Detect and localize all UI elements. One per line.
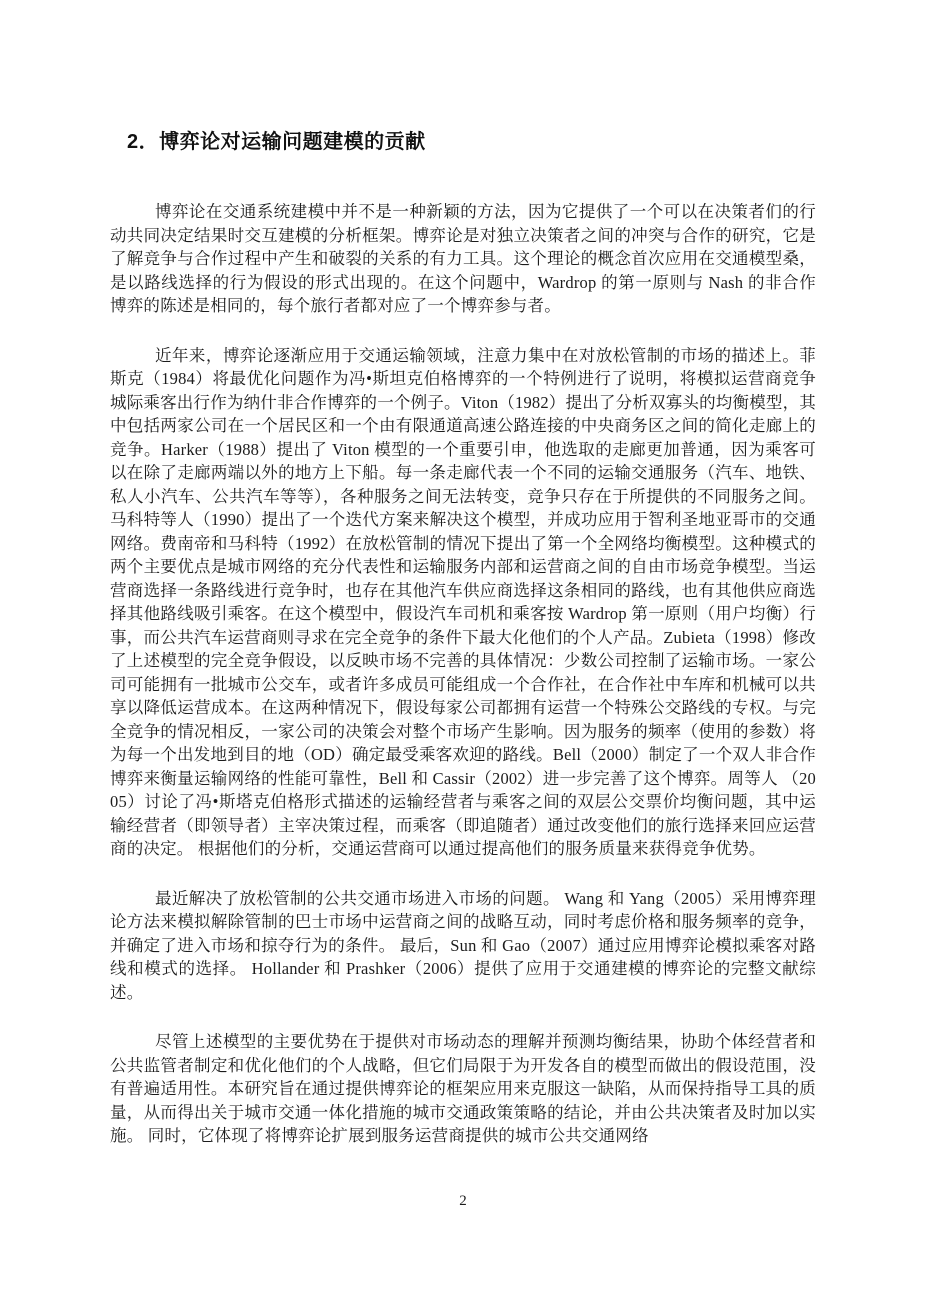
page-number: 2: [459, 1193, 467, 1209]
paragraph-research-motivation: 尽管上述模型的主要优势在于提供对市场动态的理解并预测均衡结果，协助个体经营者和公…: [110, 1030, 816, 1148]
page-footer: 2: [0, 1192, 926, 1210]
paragraph-literature-deregulated-markets: 近年来，博弈论逐渐应用于交通运输领域，注意力集中在对放松管制的市场的描述上。菲斯…: [110, 344, 816, 861]
document-page: 2．博弈论对运输问题建模的贡献 博弈论在交通系统建模中并不是一种新颖的方法，因为…: [0, 0, 926, 1309]
paragraph-intro-game-theory: 博弈论在交通系统建模中并不是一种新颖的方法，因为它提供了一个可以在决策者们的行动…: [110, 200, 816, 318]
page-content: 2．博弈论对运输问题建模的贡献 博弈论在交通系统建模中并不是一种新颖的方法，因为…: [110, 130, 816, 1174]
section-heading: 2．博弈论对运输问题建模的贡献: [110, 130, 816, 154]
paragraph-market-entry-studies: 最近解决了放松管制的公共交通市场进入市场的问题。 Wang 和 Yang（200…: [110, 887, 816, 1005]
